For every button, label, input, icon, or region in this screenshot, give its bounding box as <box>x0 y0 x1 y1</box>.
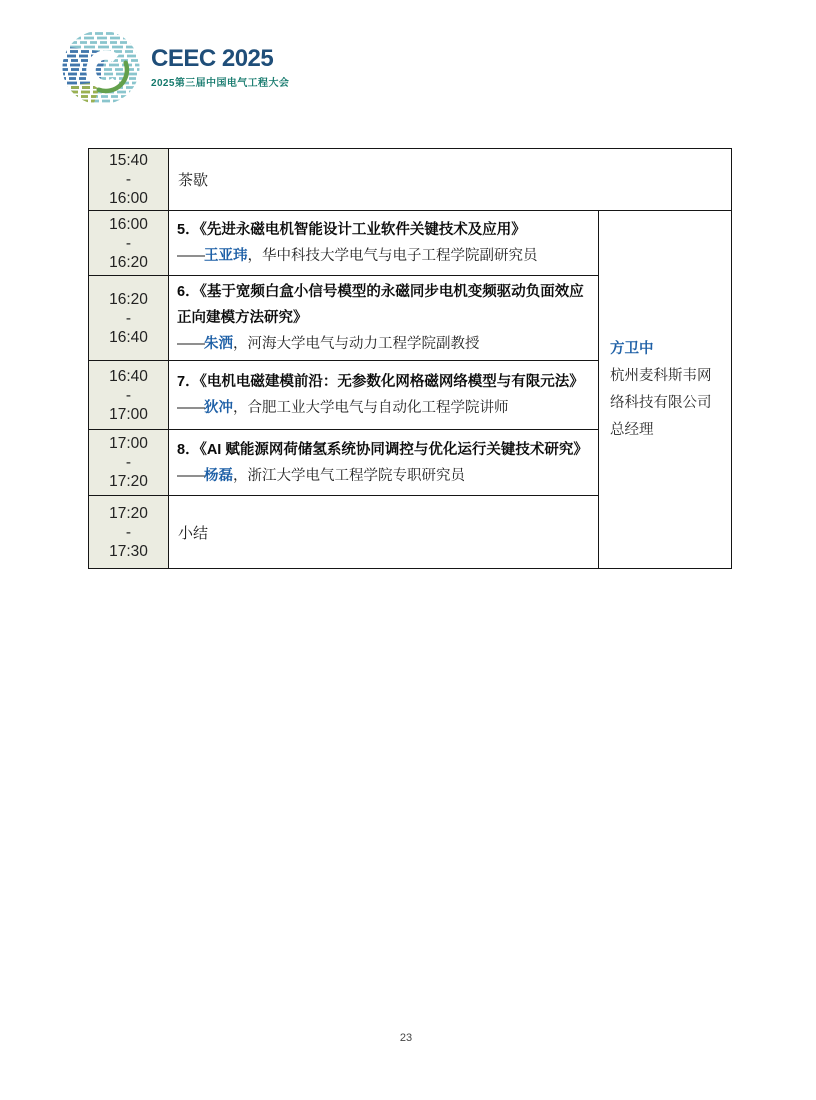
speaker-dash: —— <box>177 468 204 484</box>
session-cell: 5．《先进永磁电机智能设计工业软件关键技术及应用》 ——王亚玮，华中科技大学电气… <box>169 211 599 276</box>
time-cell: 16:40 - 17:00 <box>89 361 169 430</box>
moderator-organization: 杭州麦科斯韦网络科技有限公司 <box>610 363 720 417</box>
speaker-dash: —— <box>177 400 204 416</box>
moderator-cell: 方卫中 杭州麦科斯韦网络科技有限公司 总经理 <box>599 211 732 569</box>
session-cell: 8．《AI 赋能源网荷储氢系统协同调控与优化运行关键技术研究》 ——杨磊，浙江大… <box>169 430 599 496</box>
speaker-affiliation: ，华中科技大学电气与电子工程学院副研究员 <box>248 248 538 264</box>
break-label-cell: 小结 <box>169 496 599 569</box>
moderator-name: 方卫中 <box>610 336 720 363</box>
logo-globe-icon <box>62 30 140 106</box>
logo-text-block: CEEC 2025 2025第三届中国电气工程大会 <box>151 30 289 89</box>
speaker-name: 王亚玮 <box>204 248 248 264</box>
moderator-role: 总经理 <box>610 417 720 444</box>
break-label-cell: 茶歇 <box>169 149 732 211</box>
logo-title: CEEC 2025 <box>151 46 289 72</box>
speaker-name: 朱洒 <box>204 336 233 352</box>
speaker-affiliation: ，浙江大学电气工程学院专职研究员 <box>233 468 465 484</box>
document-page: { "logo": { "title": "CEEC 2025", "subti… <box>0 0 816 1100</box>
logo-subtitle: 2025第三届中国电气工程大会 <box>151 74 289 89</box>
session-title: 7．《电机电磁建模前沿：无参数化网格磁网络模型与有限元法》 <box>177 369 596 395</box>
speaker-affiliation: ，河海大学电气与动力工程学院副教授 <box>233 336 480 352</box>
page-number: 23 <box>0 1032 812 1044</box>
session-cell: 6．《基于宽频白盒小信号模型的永磁同步电机变频驱动负面效应正向建模方法研究》 —… <box>169 276 599 361</box>
speaker-line: ——朱洒，河海大学电气与动力工程学院副教授 <box>177 331 596 357</box>
table-row-break: 15:40 - 16:00 茶歇 <box>89 149 732 211</box>
speaker-dash: —— <box>177 336 204 352</box>
session-title: 6．《基于宽频白盒小信号模型的永磁同步电机变频驱动负面效应正向建模方法研究》 <box>177 279 596 331</box>
speaker-affiliation: ，合肥工业大学电气与自动化工程学院讲师 <box>233 400 509 416</box>
time-cell: 15:40 - 16:00 <box>89 149 169 211</box>
time-cell: 16:00 - 16:20 <box>89 211 169 276</box>
speaker-name: 杨磊 <box>204 468 233 484</box>
speaker-name: 狄冲 <box>204 400 233 416</box>
agenda-table: 15:40 - 16:00 茶歇 16:00 - 16:20 5．《先进永磁电机… <box>88 148 732 569</box>
speaker-line: ——王亚玮，华中科技大学电气与电子工程学院副研究员 <box>177 243 596 269</box>
speaker-line: ——杨磊，浙江大学电气工程学院专职研究员 <box>177 463 596 489</box>
session-cell: 7．《电机电磁建模前沿：无参数化网格磁网络模型与有限元法》 ——狄冲，合肥工业大… <box>169 361 599 430</box>
table-row-talk: 16:00 - 16:20 5．《先进永磁电机智能设计工业软件关键技术及应用》 … <box>89 211 732 276</box>
session-title: 5．《先进永磁电机智能设计工业软件关键技术及应用》 <box>177 217 596 243</box>
speaker-dash: —— <box>177 248 204 264</box>
time-cell: 17:00 - 17:20 <box>89 430 169 496</box>
speaker-line: ——狄冲，合肥工业大学电气与自动化工程学院讲师 <box>177 395 596 421</box>
session-title: 8．《AI 赋能源网荷储氢系统协同调控与优化运行关键技术研究》 <box>177 437 596 463</box>
time-cell: 17:20 - 17:30 <box>89 496 169 569</box>
conference-logo: CEEC 2025 2025第三届中国电气工程大会 <box>62 30 289 106</box>
time-cell: 16:20 - 16:40 <box>89 276 169 361</box>
